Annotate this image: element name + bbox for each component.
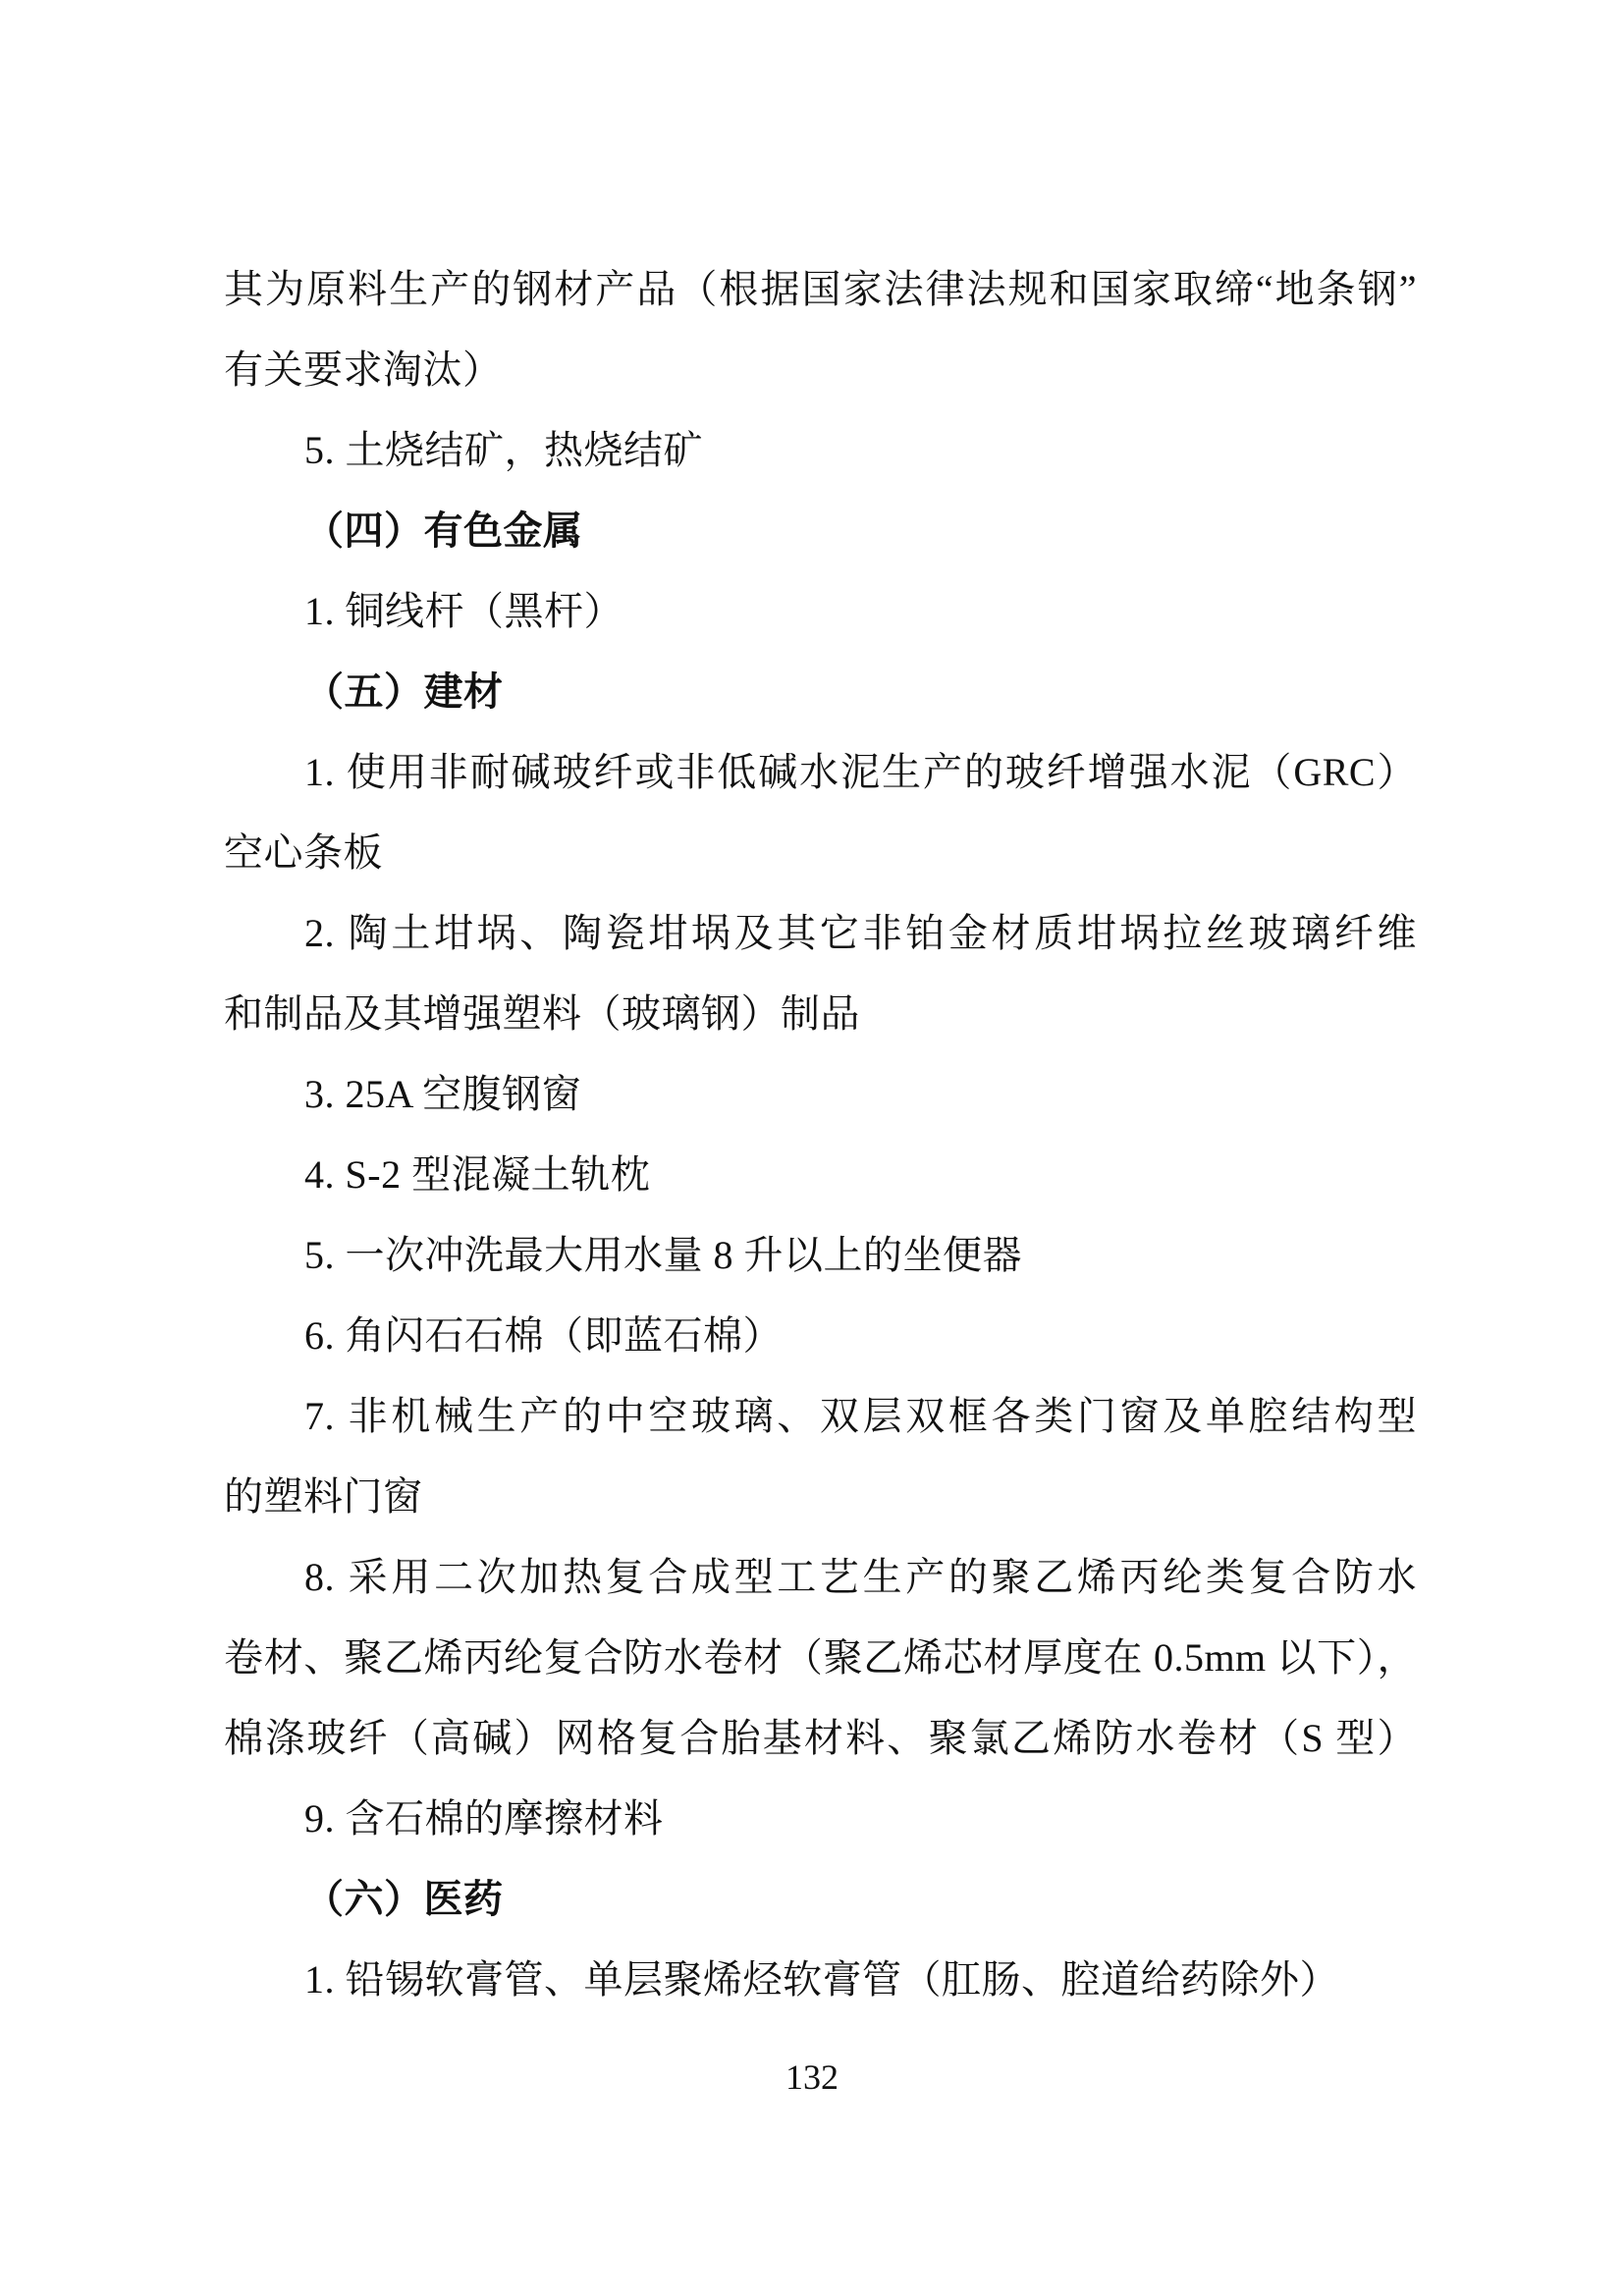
text-line: 棉涤玻纤（高碱）网格复合胎基材料、聚氯乙烯防水卷材（S 型） (224, 1698, 1417, 1779)
document-page: 其为原料生产的钢材产品（根据国家法律法规和国家取缔“地条钢” 有关要求淘汰） 5… (0, 0, 1624, 2296)
text-line: 有关要求淘汰） (224, 330, 1417, 410)
document-body: 其为原料生产的钢材产品（根据国家法律法规和国家取缔“地条钢” 有关要求淘汰） 5… (224, 249, 1417, 2020)
list-item: 1. 铜线杆（黑杆） (224, 571, 1417, 652)
page-number: 132 (0, 2056, 1624, 2099)
text-line: 的塑料门窗 (224, 1457, 1417, 1537)
list-item: 8. 采用二次加热复合成型工艺生产的聚乙烯丙纶类复合防水 (224, 1537, 1417, 1618)
list-item: 1. 使用非耐碱玻纤或非低碱水泥生产的玻纤增强水泥（GRC） (224, 732, 1417, 813)
section-heading: （四）有色金属 (224, 491, 1417, 571)
text-line: 卷材、聚乙烯丙纶复合防水卷材（聚乙烯芯材厚度在 0.5mm 以下）， (224, 1618, 1417, 1698)
section-heading: （五）建材 (224, 652, 1417, 732)
list-item: 2. 陶土坩埚、陶瓷坩埚及其它非铂金材质坩埚拉丝玻璃纤维 (224, 893, 1417, 974)
list-item: 1. 铅锡软膏管、单层聚烯烃软膏管（肛肠、腔道给药除外） (224, 1940, 1417, 2020)
text-line: 其为原料生产的钢材产品（根据国家法律法规和国家取缔“地条钢” (224, 249, 1417, 330)
list-item: 6. 角闪石石棉（即蓝石棉） (224, 1296, 1417, 1376)
section-heading: （六）医药 (224, 1859, 1417, 1940)
list-item: 9. 含石棉的摩擦材料 (224, 1779, 1417, 1859)
list-item: 3. 25A 空腹钢窗 (224, 1054, 1417, 1135)
text-line: 空心条板 (224, 813, 1417, 893)
list-item: 5. 土烧结矿，热烧结矿 (224, 410, 1417, 491)
list-item: 5. 一次冲洗最大用水量 8 升以上的坐便器 (224, 1215, 1417, 1296)
list-item: 7. 非机械生产的中空玻璃、双层双框各类门窗及单腔结构型 (224, 1376, 1417, 1457)
list-item: 4. S-2 型混凝土轨枕 (224, 1135, 1417, 1215)
text-line: 和制品及其增强塑料（玻璃钢）制品 (224, 974, 1417, 1054)
